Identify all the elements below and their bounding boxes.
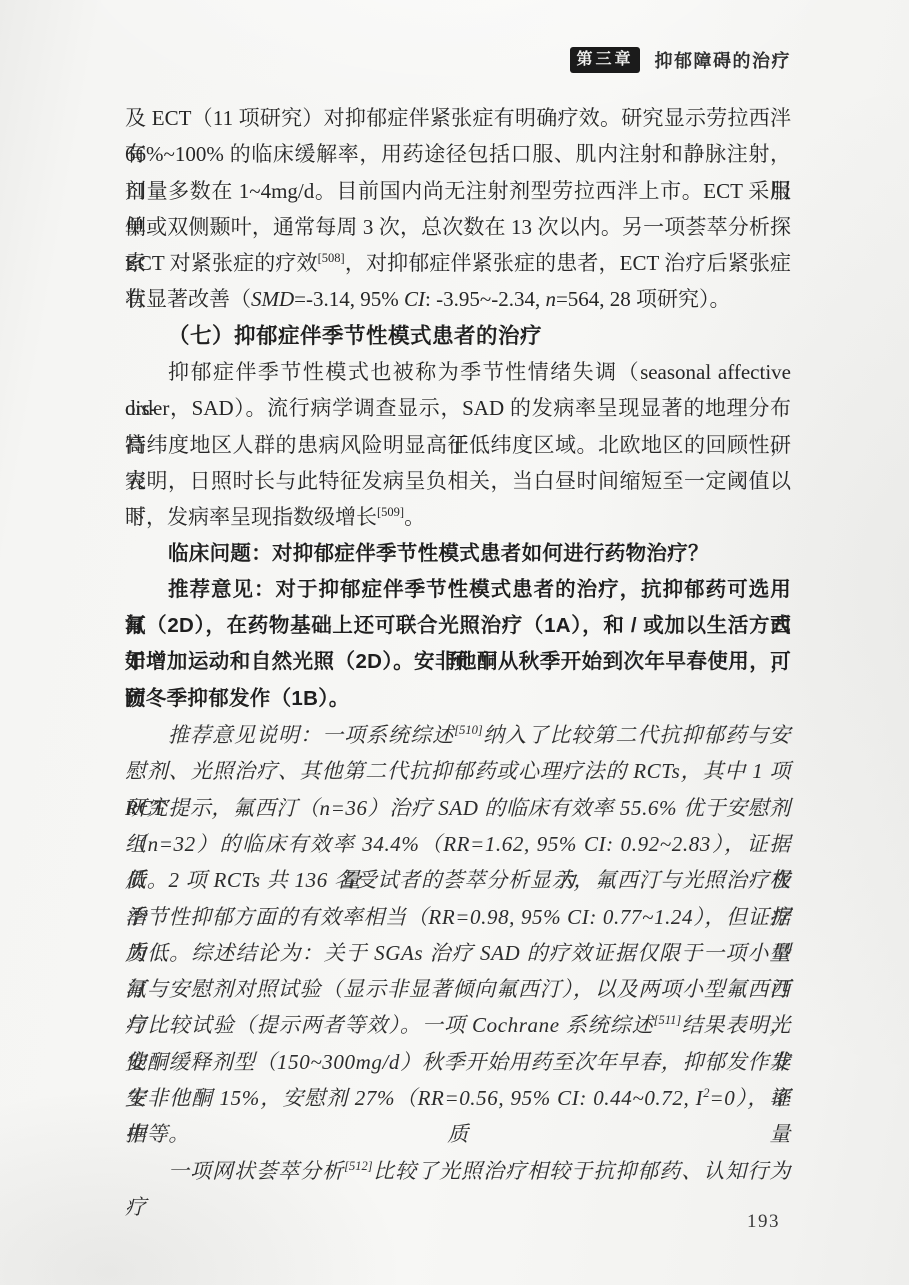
text-line: 汀与安慰剂对照试验（显示非显著倾向氟西汀），以及两项小型氟西汀与光 [125, 971, 791, 1007]
chapter-badge: 第三章 [570, 47, 639, 73]
scanned-book-page: 第三章 抑郁障碍的治疗 及 ECT（11 项研究）对抑郁症伴紧张症有明确疗效。研… [0, 0, 909, 1285]
citation-superscript: [512] [344, 1159, 372, 1173]
chapter-title: 抑郁障碍的治疗 [655, 47, 792, 73]
text-line: 研究提示，氟西汀（n=36）治疗 SAD 的临床有效率 55.6% 优于安慰剂组 [125, 790, 791, 826]
text-line: 为低。综述结论为：关于 SGAs 治疗 SAD 的疗效证据仅限于一项小型氟西 [125, 935, 791, 971]
text-line: 表明，日照时长与此特征发病呈负相关，当白昼时间缩短至一定阈值以下 [125, 463, 791, 499]
text-run: =32）的临床有效率 34.4%（ [159, 832, 443, 856]
text-run: n [319, 796, 330, 820]
text-line: 如增加运动和自然光照（2D）。安非他酮从秋季开始到次年早春使用，可预 [125, 644, 791, 680]
running-head: 第三章 抑郁障碍的治疗 [570, 47, 791, 73]
text-run: （ [125, 832, 148, 856]
text-line: ECT 对紧张症的疗效[508]，对抑郁症伴紧张症的患者，ECT 治疗后紧张症状 [125, 245, 791, 281]
text-line: 一项网状荟萃分析[512]比较了光照治疗相较于抗抑郁药、认知行为疗 [125, 1153, 791, 1189]
text-run: =0.56, 95% [444, 1086, 557, 1110]
citation-superscript: [511] [654, 1013, 682, 1027]
text-run: 研究提示，氟西汀（ [125, 796, 319, 820]
text-line: 66%~100% 的临床缓解率，用药途径包括口服、肌内注射和静脉注射，口服 [125, 136, 791, 172]
text-line: 低。2 项 RCTs 共 136 名受试者的荟萃分析显示，氟西汀与光照治疗在治疗 [125, 862, 791, 898]
text-line: （七）抑郁症伴季节性模式患者的治疗 [125, 318, 791, 354]
text-run: 季节性抑郁方面的有效率相当（ [125, 905, 428, 929]
text-run: CI [567, 905, 589, 929]
text-run: SMD [251, 287, 294, 311]
text-run: CI [584, 832, 606, 856]
text-line: 及 ECT（11 项研究）对抑郁症伴紧张症有明确疗效。研究显示劳拉西泮有 [125, 100, 791, 136]
text-run: n [148, 832, 159, 856]
citation-superscript: [508] [318, 251, 345, 265]
text-run: =564, 28 项研究）。 [556, 287, 731, 311]
text-line: 疗比较试验（提示两者等效）。一项 Cochrane 系统综述[511]结果表明，… [125, 1007, 791, 1043]
page-number: 193 [747, 1211, 780, 1233]
text-run: RR [443, 832, 470, 856]
text-line: 剂量多数在 1~4mg/d。目前国内尚无注射剂型劳拉西泮上市。ECT 采用单 [125, 173, 791, 209]
text-line: 慰剂、光照治疗、其他第二代抗抑郁药或心理疗法的 RCTs，其中 1 项 RCT [125, 753, 791, 789]
text-run: 有显著改善（ [125, 287, 251, 311]
text-run: RR [418, 1086, 445, 1110]
citation-superscript: [510] [454, 723, 482, 737]
text-line: 推荐意见说明：一项系统综述[510]纳入了比较第二代抗抑郁药与安 [125, 717, 791, 753]
text-line: 侧或双侧颞叶，通常每周 3 次，总次数在 13 次以内。另一项荟萃分析探索 [125, 209, 791, 245]
text-run: RR [428, 905, 455, 929]
text-run: 纳入了比较第二代抗抑郁药与安 [483, 723, 791, 747]
text-run: 。 [404, 505, 425, 529]
text-run: CI [557, 1086, 579, 1110]
text-run: : 0.44~0.72, [579, 1086, 695, 1110]
text-run: : -3.95~-2.34, [425, 287, 545, 311]
text-line: order，SAD）。流行病学调查显示，SAD 的发病率呈现显著的地理分布特征， [125, 390, 791, 426]
text-run: 一项网状荟萃分析 [168, 1159, 344, 1183]
text-run: =1.62, 95% [470, 832, 584, 856]
text-run: =-3.14, 95% [294, 287, 404, 311]
text-run: 推荐意见说明：一项系统综述 [168, 723, 454, 747]
text-line: 有显著改善（SMD=-3.14, 95% CI: -3.95~-2.34, n=… [125, 281, 791, 317]
text-run: 安非他酮 15%，安慰剂 27%（ [125, 1086, 418, 1110]
text-run: n [545, 287, 556, 311]
text-line: 他酮缓释剂型（150~300mg/d）秋季开始用药至次年早春，抑郁发作发生率 [125, 1044, 791, 1080]
text-line: 推荐意见：对于抑郁症伴季节性模式患者的治疗，抗抑郁药可选用氟西 [125, 572, 791, 608]
text-run: =0.98, 95% [455, 905, 567, 929]
citation-superscript: [509] [377, 505, 404, 519]
text-run: 疗比较试验（提示两者等效）。一项 Cochrane 系统综述 [125, 1013, 654, 1037]
text-line: 临床问题：对抑郁症伴季节性模式患者如何进行药物治疗？ [125, 536, 791, 572]
text-run: 防冬季抑郁发作（1B）。 [125, 687, 350, 710]
text-line: 防冬季抑郁发作（1B）。 [125, 681, 791, 717]
text-run: （七）抑郁症伴季节性模式患者的治疗 [168, 324, 542, 348]
text-line: 高纬度地区人群的患病风险明显高于低纬度区域。北欧地区的回顾性研究 [125, 427, 791, 463]
text-line: 汀（2D），在药物基础上还可联合光照治疗（1A），和 / 或加以生活方式干预， [125, 608, 791, 644]
text-run: ECT 对紧张症的疗效 [125, 251, 318, 275]
text-line: 抑郁症伴季节性模式也被称为季节性情绪失调（seasonal affective … [125, 354, 791, 390]
text-line: 时，发病率呈现指数级增长[509]。 [125, 499, 791, 535]
text-run: CI [404, 287, 425, 311]
text-run: 中等。 [125, 1122, 190, 1146]
text-line: 安非他酮 15%，安慰剂 27%（RR=0.56, 95% CI: 0.44~0… [125, 1080, 791, 1116]
text-run: 临床问题：对抑郁症伴季节性模式患者如何进行药物治疗？ [168, 542, 709, 565]
body-text: 及 ECT（11 项研究）对抑郁症伴紧张症有明确疗效。研究显示劳拉西泮有66%~… [125, 100, 791, 1189]
text-line: 季节性抑郁方面的有效率相当（RR=0.98, 95% CI: 0.77~1.24… [125, 899, 791, 935]
text-run: 时，发病率呈现指数级增长 [125, 505, 377, 529]
text-line: （n=32）的临床有效率 34.4%（RR=1.62, 95% CI: 0.92… [125, 826, 791, 862]
